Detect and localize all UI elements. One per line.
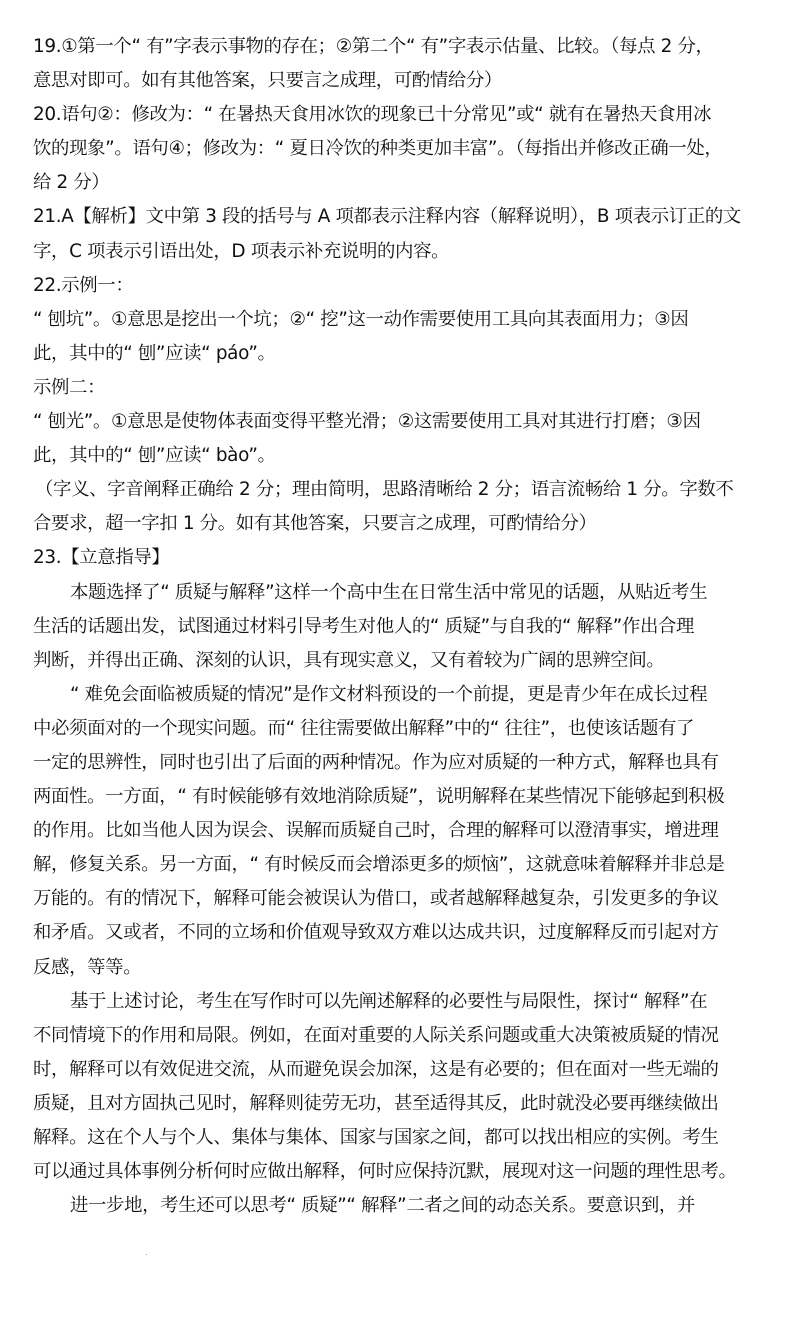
paragraph-4-line-1: 进一步地，考生还可以思考“ 质疑”“ 解释”二者之间的动态关系。要意识到，并 <box>33 1189 773 1223</box>
answer-22-line-1: 22.示例一： <box>33 269 773 303</box>
answer-22-line-3: 此，其中的“ 刨”应读“ páo”。 <box>33 337 773 371</box>
answer-20-line-1: 20.语句②：修改为：“ 在暑热天食用冰饮的现象已十分常见”或“ 就有在暑热天食… <box>33 98 773 132</box>
paragraph-2-line-6: 解，修复关系。另一方面，“ 有时候反而会增添更多的烦恼”，这就意味着解释并非总是 <box>33 848 773 882</box>
answer-20: 20.语句②：修改为：“ 在暑热天食用冰饮的现象已十分常见”或“ 就有在暑热天食… <box>33 98 773 200</box>
paragraph-3-line-2: 不同情境下的作用和局限。例如，在面对重要的人际关系问题或重大决策被质疑的情况 <box>33 1019 773 1053</box>
answer-22: 22.示例一： “ 刨坑”。①意思是挖出一个坑；②“ 挖”这一动作需要使用工具向… <box>33 269 773 542</box>
answer-21-line-1: 21.A【解析】文中第 3 段的括号与 A 项都表示注释内容（解释说明），B 项… <box>33 200 773 234</box>
paragraph-2-line-9: 反感，等等。 <box>33 951 773 985</box>
answer-23-heading: 23.【立意指导】 <box>33 541 773 575</box>
answer-23-paragraph-4: 进一步地，考生还可以思考“ 质疑”“ 解释”二者之间的动态关系。要意识到，并 <box>33 1189 773 1223</box>
paragraph-2-line-4: 两面性。一方面，“ 有时候能够有效地消除质疑”，说明解释在某些情况下能够起到积极 <box>33 780 773 814</box>
answer-22-scoring-line-1: （字义、字音阐释正确给 2 分；理由简明，思路清晰给 2 分；语言流畅给 1 分… <box>33 473 773 507</box>
answer-20-line-2: 饮的现象”。语句④；修改为：“ 夏日冷饮的种类更加丰富”。（每指出并修改正确一处… <box>33 132 773 166</box>
answer-23-paragraph-2: “ 难免会面临被质疑的情况”是作文材料预设的一个前提，更是青少年在成长过程 中必… <box>33 678 773 985</box>
answer-20-line-3: 给 2 分） <box>33 166 773 200</box>
paragraph-2-line-1: “ 难免会面临被质疑的情况”是作文材料预设的一个前提，更是青少年在成长过程 <box>33 678 773 712</box>
paragraph-1-line-3: 判断，并得出正确、深刻的认识，具有现实意义，又有着较为广阔的思辨空间。 <box>33 644 773 678</box>
answer-23: 23.【立意指导】 本题选择了“ 质疑与解释”这样一个高中生在日常生活中常见的话… <box>33 541 773 1223</box>
answer-23-paragraph-3: 基于上述讨论，考生在写作时可以先阐述解释的必要性与局限性，探讨“ 解释”在 不同… <box>33 985 773 1190</box>
answer-19-line-1: 19.①第一个“ 有”字表示事物的存在；②第二个“ 有”字表示估量、比较。（每点… <box>33 30 773 64</box>
paragraph-3-line-1: 基于上述讨论，考生在写作时可以先阐述解释的必要性与局限性，探讨“ 解释”在 <box>33 985 773 1019</box>
answer-key-page: 19.①第一个“ 有”字表示事物的存在；②第二个“ 有”字表示估量、比较。（每点… <box>33 30 773 1223</box>
answer-21-line-2: 字，C 项表示引语出处，D 项表示补充说明的内容。 <box>33 235 773 269</box>
scan-speck <box>146 1254 147 1255</box>
answer-22-line-6: 此，其中的“ 刨”应读“ bào”。 <box>33 439 773 473</box>
answer-22-line-2: “ 刨坑”。①意思是挖出一个坑；②“ 挖”这一动作需要使用工具向其表面用力；③因 <box>33 303 773 337</box>
paragraph-2-line-7: 万能的。有的情况下，解释可能会被误认为借口，或者越解释越复杂，引发更多的争议 <box>33 882 773 916</box>
answer-21: 21.A【解析】文中第 3 段的括号与 A 项都表示注释内容（解释说明），B 项… <box>33 200 773 268</box>
paragraph-2-line-5: 的作用。比如当他人因为误会、误解而质疑自己时，合理的解释可以澄清事实，增进理 <box>33 814 773 848</box>
paragraph-3-line-4: 质疑，且对方固执己见时，解释则徒劳无功，甚至适得其反，此时就没必要再继续做出 <box>33 1087 773 1121</box>
paragraph-1-line-1: 本题选择了“ 质疑与解释”这样一个高中生在日常生活中常见的话题，从贴近考生 <box>33 576 773 610</box>
paragraph-3-line-5: 解释。这在个人与个人、集体与集体、国家与国家之间，都可以找出相应的实例。考生 <box>33 1121 773 1155</box>
answer-22-scoring-line-2: 合要求，超一字扣 1 分。如有其他答案，只要言之成理，可酌情给分） <box>33 507 773 541</box>
paragraph-2-line-3: 一定的思辨性，同时也引出了后面的两种情况。作为应对质疑的一种方式，解释也具有 <box>33 746 773 780</box>
paragraph-3-line-6: 可以通过具体事例分析何时应做出解释，何时应保持沉默，展现对这一问题的理性思考。 <box>33 1155 773 1189</box>
answer-19-line-2: 意思对即可。如有其他答案，只要言之成理，可酌情给分） <box>33 64 773 98</box>
paragraph-2-line-2: 中必须面对的一个现实问题。而“ 往往需要做出解释”中的“ 往往”，也使该话题有了 <box>33 712 773 746</box>
answer-23-paragraph-1: 本题选择了“ 质疑与解释”这样一个高中生在日常生活中常见的话题，从贴近考生 生活… <box>33 576 773 678</box>
paragraph-1-line-2: 生活的话题出发，试图通过材料引导考生对他人的“ 质疑”与自我的“ 解释”作出合理 <box>33 610 773 644</box>
paragraph-2-line-8: 和矛盾。又或者，不同的立场和价值观导致双方难以达成共识，过度解释反而引起对方 <box>33 916 773 950</box>
answer-22-line-4: 示例二： <box>33 371 773 405</box>
paragraph-3-line-3: 时，解释可以有效促进交流，从而避免误会加深，这是有必要的；但在面对一些无端的 <box>33 1053 773 1087</box>
answer-19: 19.①第一个“ 有”字表示事物的存在；②第二个“ 有”字表示估量、比较。（每点… <box>33 30 773 98</box>
answer-22-line-5: “ 刨光”。①意思是使物体表面变得平整光滑；②这需要使用工具对其进行打磨；③因 <box>33 405 773 439</box>
